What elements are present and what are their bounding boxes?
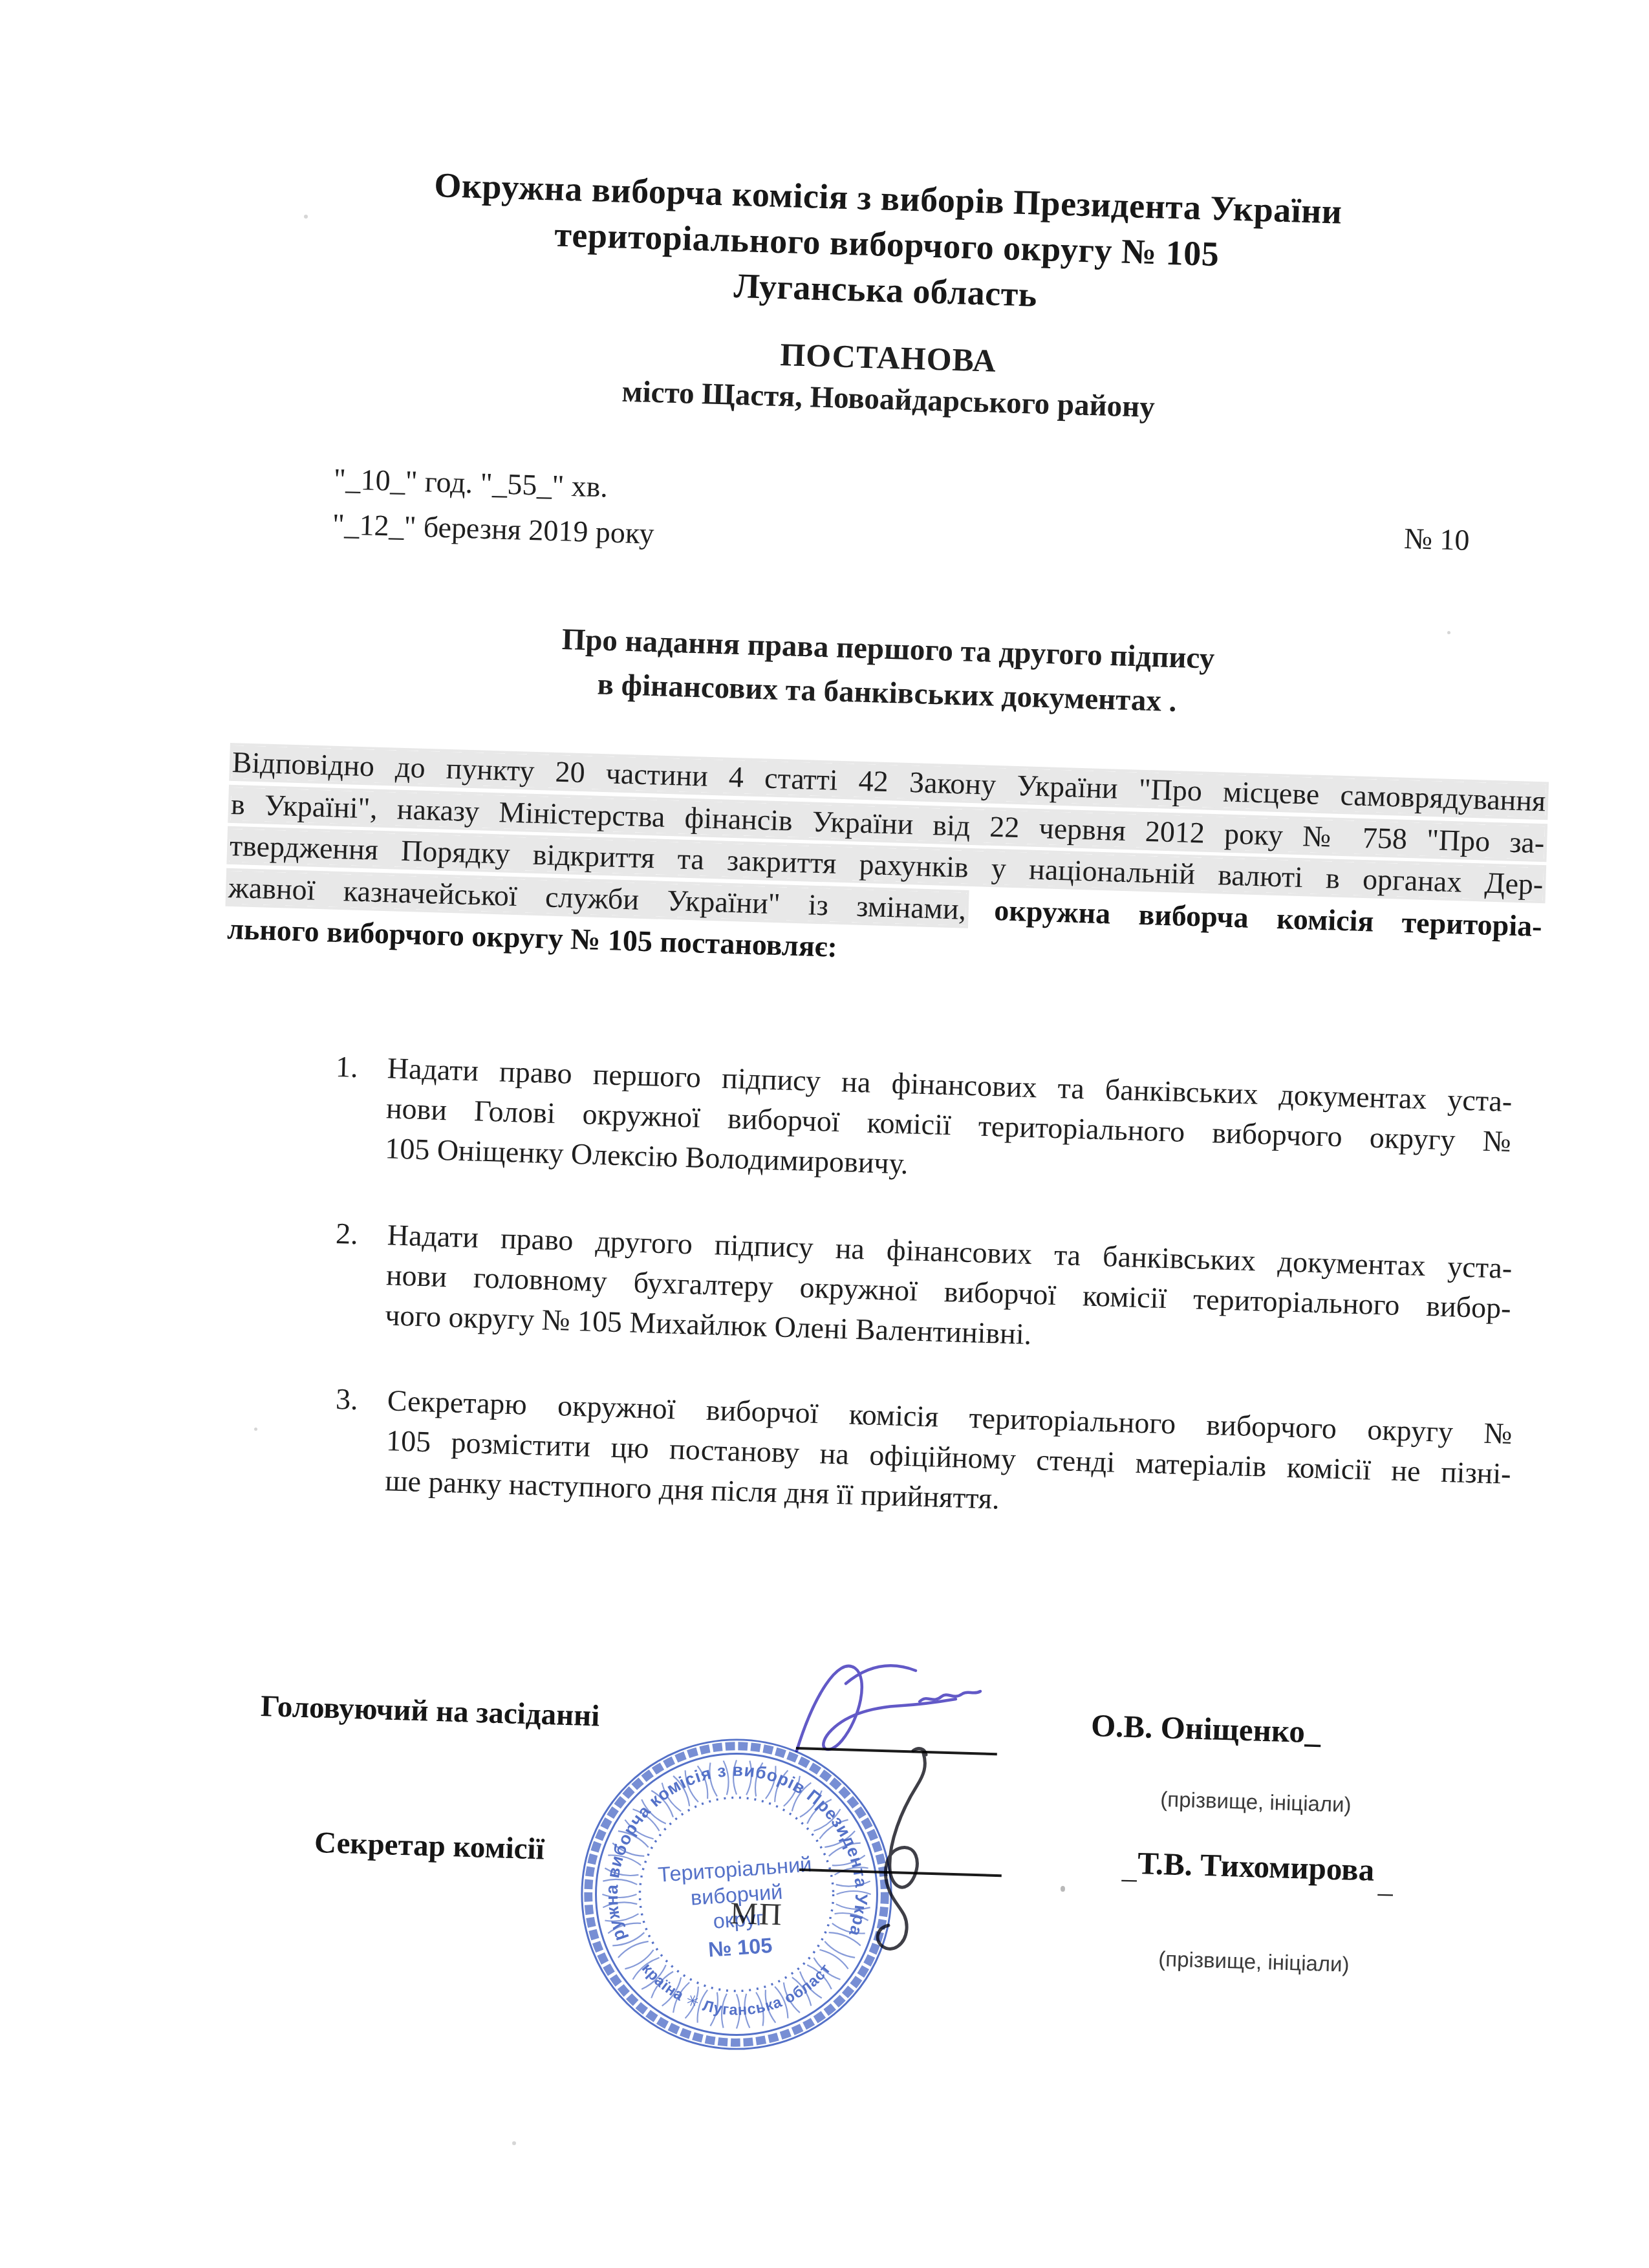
underscore-mark: _	[1377, 1865, 1394, 1899]
stamp-center-text: Територіальний виборчий округ № 105	[657, 1852, 818, 1964]
list-item-1: 1. Надати право першого підпису на фінан…	[332, 1047, 1514, 1202]
list-item-3: 3. Секретарю окружної виборчої комісія т…	[332, 1379, 1514, 1534]
item-number: 1.	[335, 1047, 358, 1087]
secretary-signature-ink	[828, 1746, 957, 1959]
list-item-2: 2. Надати право другого підпису на фінан…	[332, 1214, 1514, 1369]
scan-speck	[254, 1428, 257, 1431]
secretary-name: Т.В. Тихомирова	[1137, 1845, 1375, 1888]
svg-text:округ: округ	[713, 1906, 764, 1932]
scan-speck	[1447, 631, 1450, 634]
meta-block: "_10_" год. "_55_" хв. "_12_" березня 20…	[332, 456, 656, 557]
doc-number: № 10	[1403, 521, 1470, 557]
scan-speck	[512, 2141, 516, 2145]
underscore-mark: _	[1121, 1850, 1137, 1885]
preamble: Відповідно до пункту 20 частини 4 статті…	[226, 742, 1546, 989]
date-line: "_12_" березня 2019 року	[332, 502, 655, 557]
subject-block: Про надання права першого та другого під…	[191, 606, 1584, 736]
svg-text:Територіальний: Територіальний	[657, 1852, 812, 1887]
scan-speck	[1061, 1886, 1065, 1892]
chair-name: О.В. Оніщенко_	[1090, 1707, 1321, 1751]
svg-text:№ 105: № 105	[707, 1934, 773, 1962]
secretary-label: Секретар комісії	[314, 1825, 544, 1867]
name-hint: (прізвище, ініціали)	[1158, 1947, 1350, 1977]
scanned-document-page: Окружна виборча комісія з виборів Презид…	[0, 0, 1649, 2268]
scan-speck	[304, 215, 308, 219]
chair-label: Головуючий на засіданні	[260, 1689, 600, 1734]
document-header: Окружна виборча комісія з виборів Презид…	[190, 155, 1584, 334]
item-number: 2.	[335, 1214, 358, 1254]
item-number: 3.	[335, 1379, 358, 1420]
name-hint: (прізвище, ініціали)	[1160, 1787, 1352, 1817]
svg-text:виборчий: виборчий	[690, 1880, 784, 1910]
